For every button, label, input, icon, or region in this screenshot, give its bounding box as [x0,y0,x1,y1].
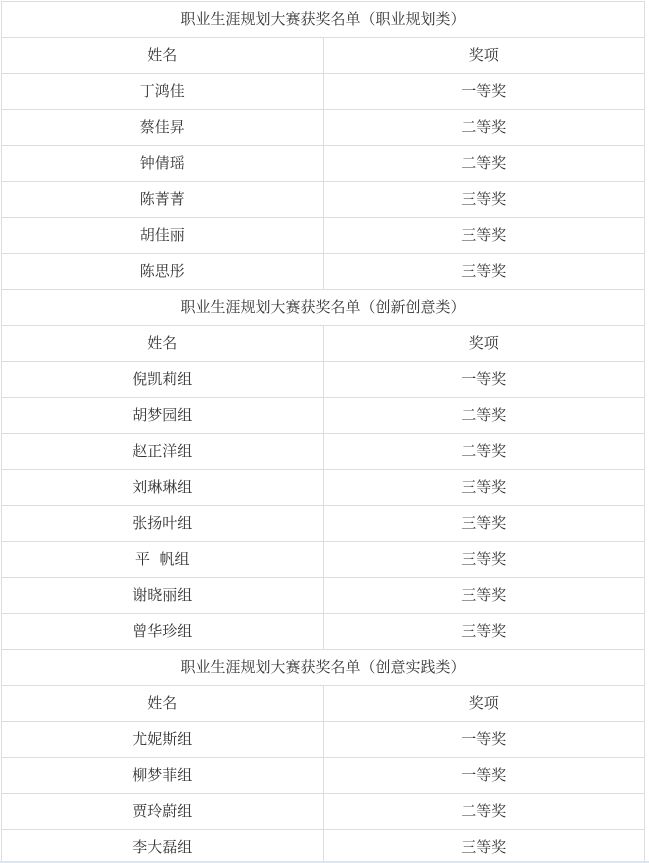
name-cell: 陈菁菁 [2,182,324,218]
table-row: 胡佳丽 三等奖 [2,218,645,254]
name-cell: 倪凯莉组 [2,362,324,398]
table-row: 谢晓丽组 三等奖 [2,578,645,614]
award-cell: 三等奖 [323,830,645,863]
section-title: 职业生涯规划大赛获奖名单（创新创意类） [2,290,645,326]
award-cell: 三等奖 [323,542,645,578]
table-row: 丁鸿佳 一等奖 [2,74,645,110]
column-header-name: 姓名 [2,38,324,74]
column-header-name: 姓名 [2,686,324,722]
award-table: 职业生涯规划大赛获奖名单（职业规划类） 姓名 奖项 丁鸿佳 一等奖 蔡佳昇 二等… [1,1,645,863]
table-row: 张扬叶组 三等奖 [2,506,645,542]
name-cell: 曾华珍组 [2,614,324,650]
table-row: 李大磊组 三等奖 [2,830,645,863]
column-header-award: 奖项 [323,326,645,362]
column-header-award: 奖项 [323,38,645,74]
name-cell: 陈思彤 [2,254,324,290]
table-row: 刘琳琳组 三等奖 [2,470,645,506]
section-title-row: 职业生涯规划大赛获奖名单（创新创意类） [2,290,645,326]
name-cell: 柳梦菲组 [2,758,324,794]
award-list-document: 职业生涯规划大赛获奖名单（职业规划类） 姓名 奖项 丁鸿佳 一等奖 蔡佳昇 二等… [1,1,645,863]
column-header-award: 奖项 [323,686,645,722]
header-row: 姓名 奖项 [2,38,645,74]
name-cell: 丁鸿佳 [2,74,324,110]
table-row: 曾华珍组 三等奖 [2,614,645,650]
name-cell: 胡梦园组 [2,398,324,434]
award-cell: 三等奖 [323,614,645,650]
table-row: 贾玲蔚组 二等奖 [2,794,645,830]
award-cell: 二等奖 [323,146,645,182]
table-row: 胡梦园组 二等奖 [2,398,645,434]
name-cell: 刘琳琳组 [2,470,324,506]
award-cell: 二等奖 [323,434,645,470]
table-row: 陈思彤 三等奖 [2,254,645,290]
name-cell: 赵正洋组 [2,434,324,470]
award-cell: 一等奖 [323,758,645,794]
section-title: 职业生涯规划大赛获奖名单（职业规划类） [2,2,645,38]
award-cell: 三等奖 [323,506,645,542]
header-row: 姓名 奖项 [2,326,645,362]
table-row: 陈菁菁 三等奖 [2,182,645,218]
name-cell: 蔡佳昇 [2,110,324,146]
name-cell: 张扬叶组 [2,506,324,542]
award-cell: 三等奖 [323,182,645,218]
award-cell: 三等奖 [323,218,645,254]
column-header-name: 姓名 [2,326,324,362]
name-cell: 尤妮斯组 [2,722,324,758]
name-cell: 李大磊组 [2,830,324,863]
name-cell: 钟倩瑶 [2,146,324,182]
table-row: 倪凯莉组 一等奖 [2,362,645,398]
table-row: 赵正洋组 二等奖 [2,434,645,470]
award-cell: 二等奖 [323,398,645,434]
award-cell: 二等奖 [323,110,645,146]
award-cell: 三等奖 [323,578,645,614]
table-row: 钟倩瑶 二等奖 [2,146,645,182]
name-cell: 谢晓丽组 [2,578,324,614]
name-cell: 平 帆组 [2,542,324,578]
award-cell: 二等奖 [323,794,645,830]
section-title-row: 职业生涯规划大赛获奖名单（创意实践类） [2,650,645,686]
name-cell: 胡佳丽 [2,218,324,254]
table-row: 柳梦菲组 一等奖 [2,758,645,794]
award-cell: 一等奖 [323,722,645,758]
award-cell: 一等奖 [323,362,645,398]
section-title-row: 职业生涯规划大赛获奖名单（职业规划类） [2,2,645,38]
section-title: 职业生涯规划大赛获奖名单（创意实践类） [2,650,645,686]
name-cell: 贾玲蔚组 [2,794,324,830]
table-row: 平 帆组 三等奖 [2,542,645,578]
header-row: 姓名 奖项 [2,686,645,722]
award-cell: 三等奖 [323,254,645,290]
award-cell: 三等奖 [323,470,645,506]
table-row: 尤妮斯组 一等奖 [2,722,645,758]
award-cell: 一等奖 [323,74,645,110]
table-row: 蔡佳昇 二等奖 [2,110,645,146]
